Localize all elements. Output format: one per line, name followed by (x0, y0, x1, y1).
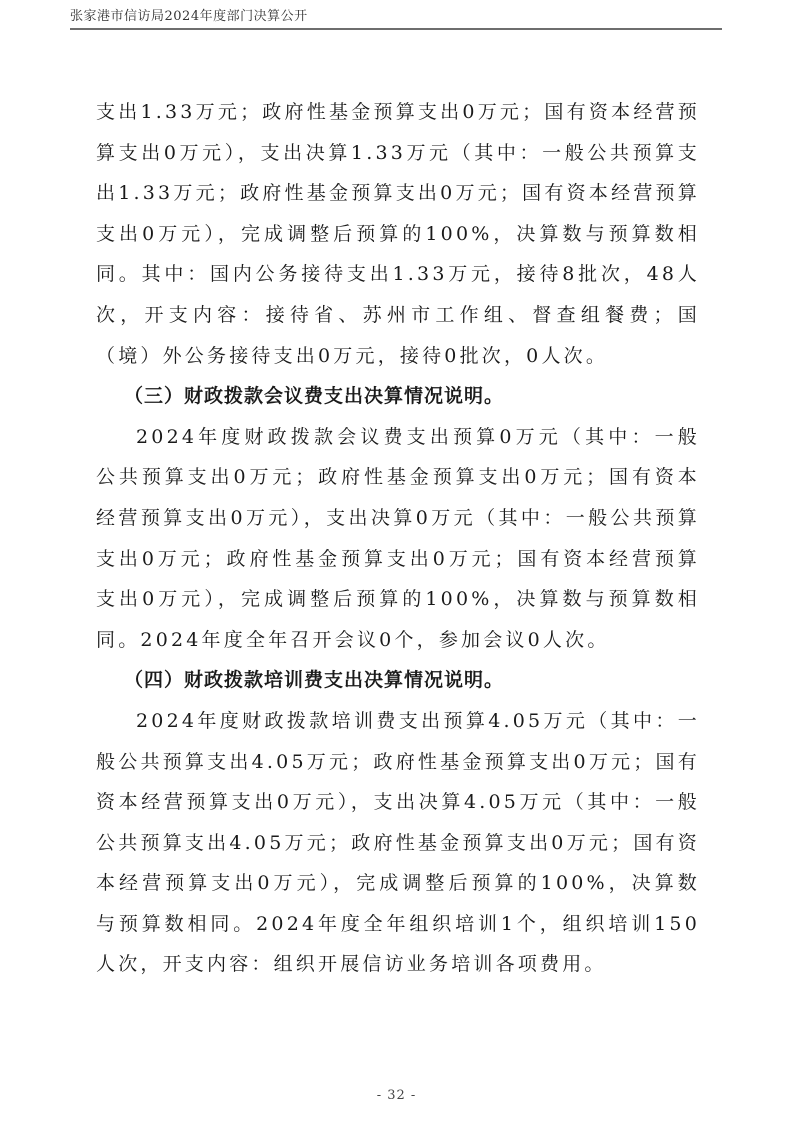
paragraph-reception-expenses: 支出1.33万元；政府性基金预算支出0万元；国有资本经营预算支出0万元），支出决… (96, 92, 700, 376)
page-header: 张家港市信访局2024年度部门决算公开 (70, 8, 722, 30)
section-heading-training-expenses: （四）财政拨款培训费支出决算情况说明。 (96, 660, 700, 701)
section-heading-meeting-expenses: （三）财政拨款会议费支出决算情况说明。 (96, 376, 700, 417)
paragraph-meeting-expenses: 2024年度财政拨款会议费支出预算0万元（其中：一般公共预算支出0万元；政府性基… (96, 417, 700, 661)
page-number: - 32 - (0, 1088, 793, 1103)
paragraph-training-expenses: 2024年度财政拨款培训费支出预算4.05万元（其中：一般公共预算支出4.05万… (96, 701, 700, 985)
document-title: 张家港市信访局2024年度部门决算公开 (70, 9, 308, 24)
document-body: 支出1.33万元；政府性基金预算支出0万元；国有资本经营预算支出0万元），支出决… (96, 92, 700, 985)
